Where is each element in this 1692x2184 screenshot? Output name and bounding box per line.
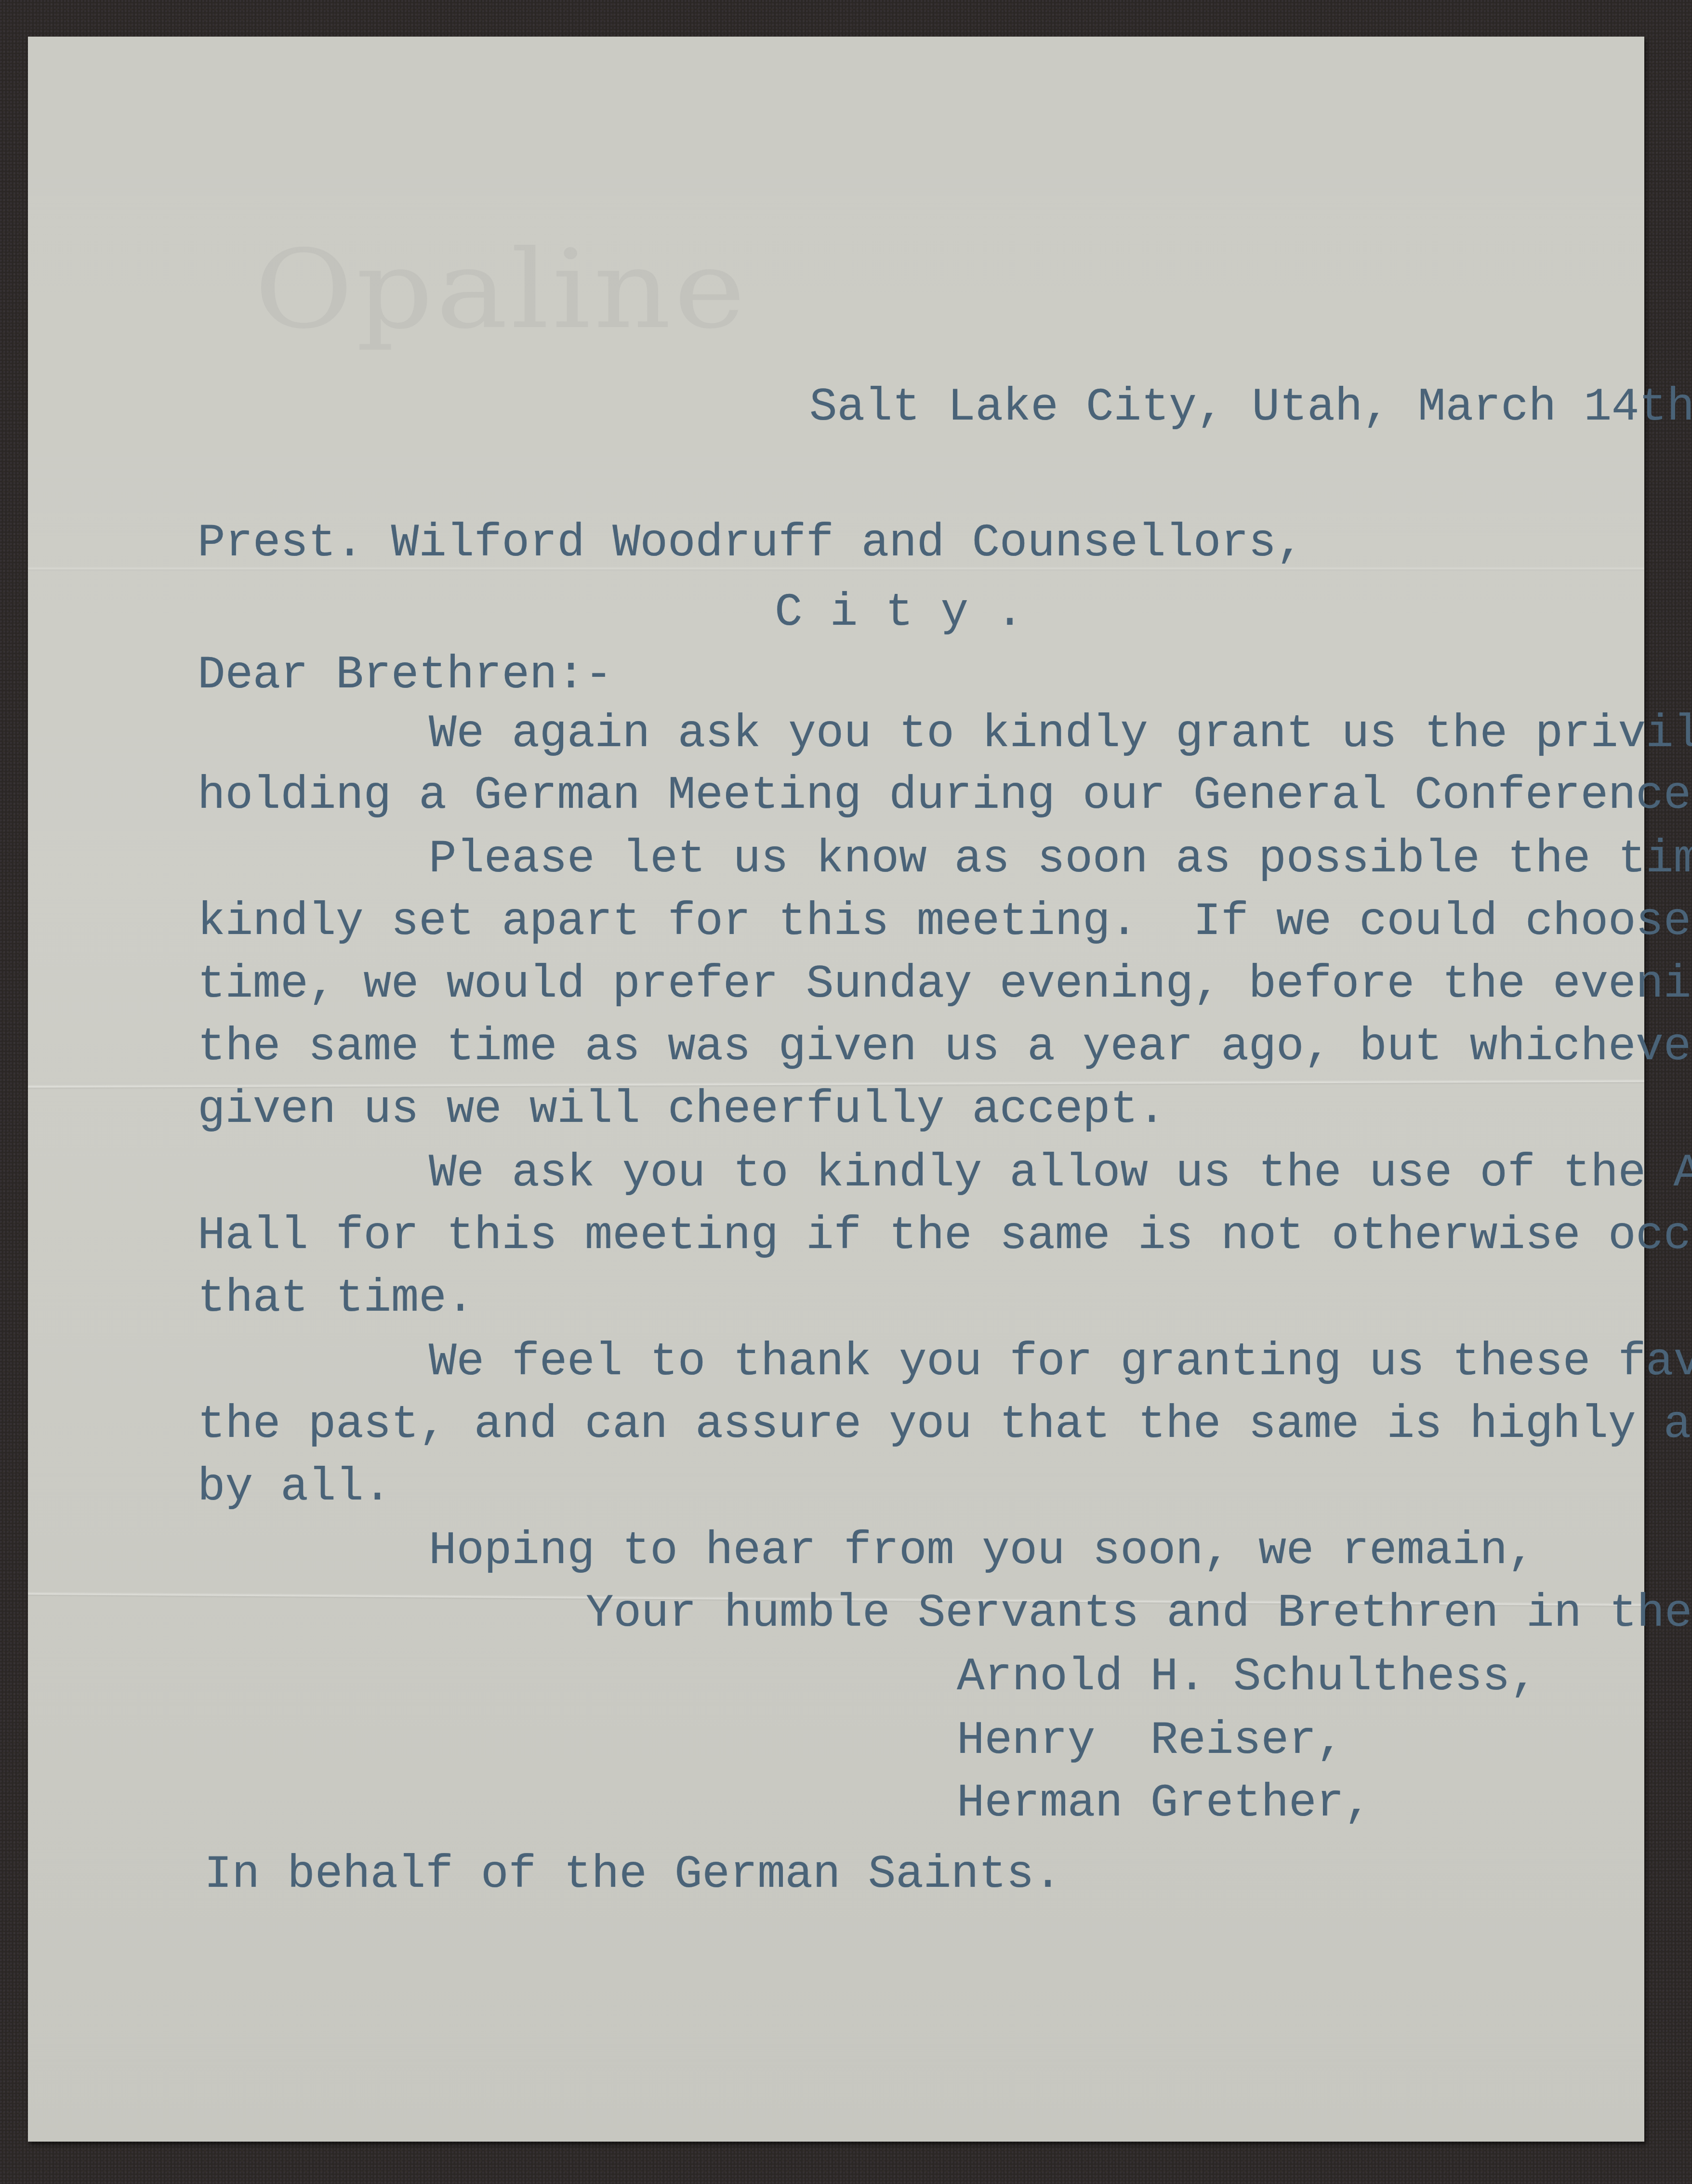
postscript: In behalf of the German Saints. [204, 1852, 1062, 1898]
body-line: the same time as was given us a year ago… [198, 1024, 1692, 1070]
body-line: kindly set apart for this meeting. If we… [198, 899, 1692, 945]
body-line: We again ask you to kindly grant us the … [429, 711, 1692, 757]
recipient-line-2: C i t y . [775, 590, 1024, 636]
body-line: time, we would prefer Sunday evening, be… [198, 961, 1692, 1008]
salutation: Dear Brethren:- [198, 652, 612, 698]
body-line: the past, and can assure you that the sa… [198, 1402, 1692, 1448]
body-line: We ask you to kindly allow us the use of… [429, 1150, 1692, 1197]
signatory-name: Henry Reiser, [957, 1718, 1344, 1764]
body-line: Please let us know as soon as possible t… [429, 836, 1692, 882]
body-line: holding a German Meeting during our Gene… [198, 773, 1692, 819]
recipient-line-1: Prest. Wilford Woodruff and Counsellors, [198, 520, 1304, 566]
signatory-name: Arnold H. Schulthess, [957, 1654, 1538, 1700]
signatory-name: Herman Grether, [957, 1780, 1372, 1827]
body-line: We feel to thank you for granting us the… [429, 1339, 1692, 1385]
paper-watermark: Opaline [254, 227, 748, 353]
closing-line: Hoping to hear from you soon, we remain, [429, 1528, 1535, 1574]
body-line: by all. [198, 1464, 391, 1511]
complimentary-close: Your humble Servants and Brethren in the… [586, 1591, 1692, 1637]
body-line: given us we will cheerfully accept. [198, 1087, 1165, 1133]
body-line: Hall for this meeting if the same is not… [198, 1213, 1692, 1259]
dateline: Salt Lake City, Utah, March 14th 1895. [809, 384, 1692, 431]
body-line: that time. [198, 1276, 474, 1322]
letter-page: Opaline Salt Lake City, Utah, March 14th… [28, 37, 1644, 2142]
